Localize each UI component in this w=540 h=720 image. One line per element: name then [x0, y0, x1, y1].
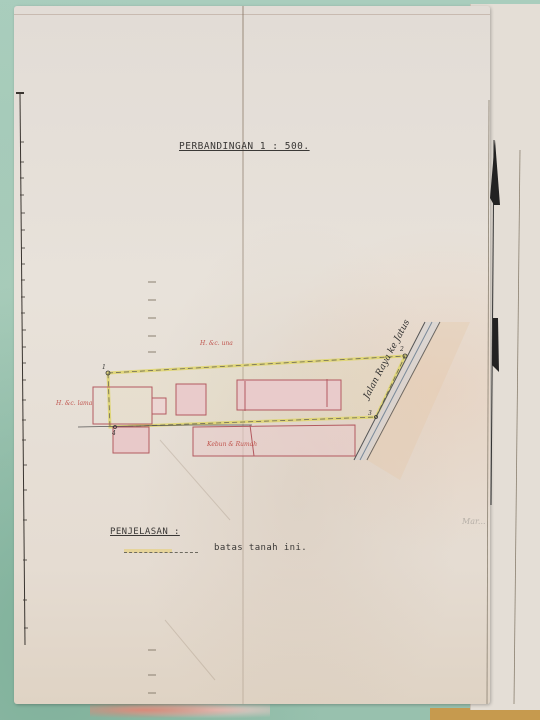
legend-heading-text: PENJELASAN : [110, 527, 180, 537]
building-main [237, 380, 341, 410]
legend-heading: PENJELASAN : [110, 527, 180, 537]
label-south-neighbor: Kebun & Rumah [207, 441, 257, 448]
label-corner-1: 1 [102, 364, 106, 371]
label-corner-4: 4 [112, 430, 116, 437]
legend-boundary-label: batas tanah ini. [214, 543, 307, 553]
faint-signature: Mar... [462, 517, 486, 526]
label-west-neighbor: H. &c. lama [56, 400, 92, 407]
label-corner-2: 2 [400, 346, 404, 353]
building-south-west [113, 427, 149, 453]
north-arrow [487, 100, 520, 704]
label-corner-3: 3 [368, 410, 372, 417]
center-ticks [148, 282, 156, 693]
label-north-neighbor: H. &c. una [200, 340, 233, 347]
legend-boundary-symbol [124, 549, 198, 553]
scale-bar [16, 93, 28, 645]
building-small [176, 384, 206, 415]
plan-title-scale: PERBANDINGAN 1 : 500. [179, 141, 310, 152]
site-plan-drawing [0, 0, 540, 720]
